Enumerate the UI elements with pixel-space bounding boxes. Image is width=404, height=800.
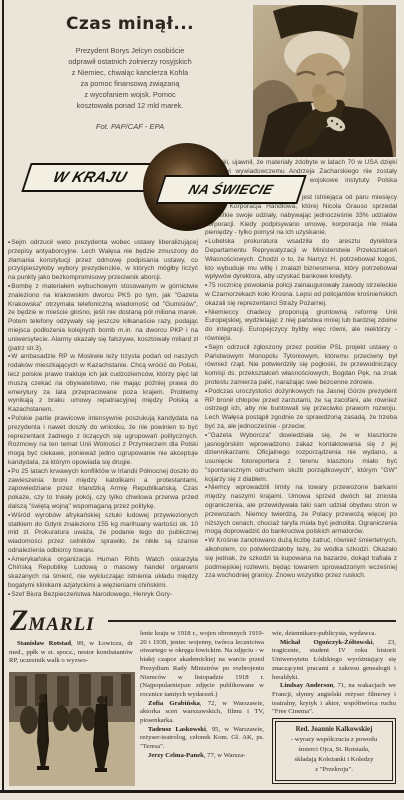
top-story-body: Prezydent Borys Jelcyn osobiście odprawi…: [28, 45, 232, 111]
zmarli-title-initial: Z: [10, 604, 28, 637]
zmarli-column-2: lenie kraju w 1918 r., wojen obronnych 1…: [140, 630, 264, 761]
news-text: Szef Biura Bezpieczeństwa Narodowego, He…: [11, 591, 172, 598]
bullet-icon: •: [205, 388, 207, 395]
condolence-box-inner: Red. Joannie Kalkowskiej - wyrazy współc…: [275, 721, 393, 781]
news-item: •Niemcy wprowadzili limity na towary prz…: [205, 484, 397, 537]
news-text: "Gazeta Wyborcza" dowiedziała się, że w …: [205, 432, 397, 483]
news-text: Niemcy wprowadzili limity na towary prze…: [205, 484, 397, 535]
bullet-icon: •: [205, 432, 207, 439]
newspaper-page: { "top_story": { "title": "Czas minął...…: [0, 0, 404, 800]
zmarli-title-rest: MARLI: [28, 614, 94, 635]
news-text: 75 rocznicę powołania policji zainauguro…: [205, 282, 397, 307]
condolence-body: - wyrazy współczucia z powodu śmierci Oj…: [279, 735, 389, 775]
bullet-icon: •: [205, 484, 207, 491]
news-text: Sejm odrzucił zgłoszony przez posłów PSL…: [205, 344, 397, 386]
bullet-icon: •: [8, 239, 10, 246]
news-item: •"Gazeta Wyborcza" dowiedziała się, że w…: [205, 432, 397, 485]
news-item: •W Krośnie zanotowano dużą liczbę zatruć…: [205, 537, 397, 581]
news-item: •Lubelska prokuratura wsadziła do areszt…: [205, 238, 397, 282]
news-item: •W ambasadzie RP w Moskwie leży trzysta …: [8, 353, 198, 415]
news-column-left: •Sejm odrzucił weto prezydenta wobec ust…: [8, 239, 198, 600]
news-text: Sejm odrzucił weto prezydenta wobec usta…: [8, 239, 198, 281]
news-text: Amerykańska organizacja Human Rihts Watc…: [8, 556, 198, 589]
bullet-icon: •: [8, 512, 10, 519]
news-item: •Po 25 latach krwawych konfliktów w Irla…: [8, 468, 198, 512]
top-story: Czas minął... Prezydent Borys Jelcyn oso…: [28, 14, 232, 131]
news-item: •Amerykańska organizacja Human Rihts Wat…: [8, 556, 198, 591]
news-column-right: szewski, ujawnił, że materiały zdobyte w…: [205, 159, 397, 581]
obituary-entry: Michał Ogończyk-Żółtowski, 23, tragiczni…: [272, 639, 396, 683]
obituary-name: Stanisław Rotstad: [17, 640, 71, 647]
zmarli-column-1: Stanisław Rotstad, 99, w Łowiczu, dr med…: [9, 640, 133, 666]
bullet-icon: •: [8, 556, 10, 563]
news-item: •Polskie partie prawicowe intensywnie po…: [8, 415, 198, 468]
na-swiecie-label: NA ŚWIECIE: [187, 182, 276, 197]
bullet-icon: •: [205, 238, 207, 245]
obituary-name: Tadeusz Laskowski: [148, 726, 206, 733]
yeltsin-photo: [253, 5, 396, 157]
obituary-entry: Jerzy Celma-Panek, 77, w Warsza-: [140, 752, 264, 761]
photo-credit: Fot. PAP/CAF - EPA: [28, 122, 232, 131]
news-item: •Sejm odrzucił weto prezydenta wobec ust…: [8, 239, 198, 283]
obituary-text: , 77, w Warsza-: [204, 752, 246, 759]
news-text: Polskie partie prawicowe intensywnie pos…: [8, 415, 198, 466]
news-text: Bombę z materiałem wybuchowym stosowanym…: [8, 283, 198, 352]
obituary-entry: Stanisław Rotstad, 99, w Łowiczu, dr med…: [9, 640, 133, 666]
top-story-title: Czas minął...: [28, 14, 232, 34]
bullet-icon: •: [8, 591, 10, 598]
obituary-name: Lindsay Anderson: [280, 682, 333, 689]
condolence-box: Red. Joannie Kalkowskiej - wyrazy współc…: [272, 718, 396, 784]
news-item: •Szef Biura Bezpieczeństwa Narodowego, H…: [8, 591, 198, 600]
zmarli-title-rule: [108, 620, 396, 622]
obituary-text: lenie kraju w 1918 r., wojen obronnych 1…: [140, 630, 264, 698]
bullet-icon: •: [8, 415, 10, 422]
news-text: Niemieccy chadecy proponują gruntowną re…: [205, 309, 397, 342]
news-text: Podczas uroczystości dożynkowych na Jasn…: [205, 388, 397, 430]
zmarli-column-3: wie, dziennikarz-publicysta, wydawca. Mi…: [272, 630, 396, 717]
news-item: •75 rocznicę powołania policji zainaugur…: [205, 282, 397, 308]
obituary-entry: Lindsay Anderson, 71, na wakacjach we Fr…: [272, 682, 396, 717]
obituary-text: wie, dziennikarz-publicysta, wydawca.: [272, 630, 376, 637]
condolence-title: Red. Joannie Kalkowskiej: [279, 726, 389, 733]
news-text: Wśród wyrobów afrykańskiej sztuki ludowe…: [8, 512, 198, 554]
news-text: Lubelska prokuratura wsadziła do aresztu…: [205, 238, 397, 280]
news-item: •Niemieccy chadecy proponują gruntowną r…: [205, 309, 397, 344]
bullet-icon: •: [205, 282, 207, 289]
bullet-icon: •: [8, 283, 10, 290]
archival-guard-photo: [9, 672, 135, 786]
news-item: •Podczas uroczystości dożynkowych na Jas…: [205, 388, 397, 432]
news-item: •Bombę z materiałem wybuchowym stosowany…: [8, 283, 198, 353]
na-swiecie-banner: NA ŚWIECIE: [155, 175, 306, 204]
page-bottom-border: [0, 790, 404, 793]
zmarli-section-title: ZMARLI: [10, 604, 95, 638]
bullet-icon: •: [205, 344, 207, 351]
w-kraju-banner: W KRAJU: [21, 163, 158, 192]
news-text: W Krośnie zanotowano dużą liczbę zatruć,…: [205, 537, 397, 579]
bullet-icon: •: [205, 537, 207, 544]
obituary-name: Michał Ogończyk-Żółtowski: [280, 639, 373, 646]
bullet-icon: •: [205, 309, 207, 316]
page-left-border: [2, 0, 4, 792]
bullet-icon: •: [8, 353, 10, 360]
w-kraju-label: W KRAJU: [51, 169, 129, 186]
bullet-icon: •: [8, 468, 10, 475]
obituary-entry: Tadeusz Laskowski, 95, w Warszawie, reży…: [140, 726, 264, 752]
obituary-name: Zofia Grabińska: [148, 700, 200, 707]
obituary-name: Jerzy Celma-Panek: [148, 752, 204, 759]
news-text: Po 25 latach krwawych konfliktów w Irlan…: [8, 468, 198, 510]
news-item: •Wśród wyrobów afrykańskiej sztuki ludow…: [8, 512, 198, 556]
news-text: W ambasadzie RP w Moskwie leży trzysta p…: [8, 353, 198, 413]
news-item: •Sejm odrzucił zgłoszony przez posłów PS…: [205, 344, 397, 388]
obituary-entry: lenie kraju w 1918 r., wojen obronnych 1…: [140, 630, 264, 700]
obituary-entry: wie, dziennikarz-publicysta, wydawca.: [272, 630, 396, 639]
obituary-entry: Zofia Grabińska, 72, w Warszawie, aktork…: [140, 700, 264, 726]
